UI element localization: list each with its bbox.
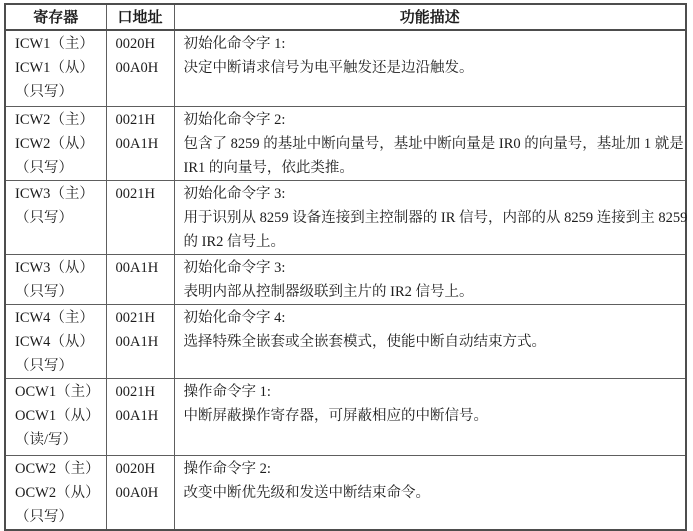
register-cell: ICW3（从） （只写）: [5, 254, 106, 304]
description-cell: 操作命令字 1: 中断屏蔽操作寄存器，可屏蔽相应的中断信号。: [174, 378, 686, 455]
description-line: 表明内部从控制器级联到主片的 IR2 信号上。: [184, 280, 680, 304]
description-line: 操作命令字 2:: [184, 457, 680, 481]
port-address-line: 0021H: [116, 306, 168, 330]
description-cell: 初始化命令字 3: 用于识别从 8259 设备连接到主控制器的 IR 信号，内部…: [174, 180, 686, 254]
register-cell: OCW1（主） OCW1（从） （读/写）: [5, 378, 106, 455]
description-line: 操作命令字 1:: [184, 380, 680, 404]
register-table: 寄存器 口地址 功能描述 ICW1（主） ICW1（从） （只写） 0020H …: [4, 3, 687, 531]
register-line: （只写）: [15, 156, 100, 180]
col-header-register: 寄存器: [5, 4, 106, 30]
register-line: ICW2（从）: [15, 132, 100, 156]
description-line: 中断屏蔽操作寄存器，可屏蔽相应的中断信号。: [184, 404, 680, 428]
col-header-function-description: 功能描述: [174, 4, 686, 30]
port-address-line: 0021H: [116, 108, 168, 132]
port-address-cell: 0020H 00A0H: [106, 30, 174, 106]
table-row-icw3-slave: ICW3（从） （只写） 00A1H 初始化命令字 3: 表明内部从控制器级联到…: [5, 254, 686, 304]
description-line: 包含了 8259 的基址中断向量号，基址中断向量是 IR0 的向量号，基址加 1…: [184, 132, 680, 156]
description-line: 改变中断优先级和发送中断结束命令。: [184, 481, 680, 505]
port-address-cell: 00A1H: [106, 254, 174, 304]
description-cell: 初始化命令字 3: 表明内部从控制器级联到主片的 IR2 信号上。: [174, 254, 686, 304]
description-line: 初始化命令字 3:: [184, 256, 680, 280]
register-line: ICW4（从）: [15, 330, 100, 354]
description-cell: 初始化命令字 1: 决定中断请求信号为电平触发还是边沿触发。: [174, 30, 686, 106]
table-row-icw4: ICW4（主） ICW4（从） （只写） 0021H 00A1H 初始化命令字 …: [5, 304, 686, 378]
port-address-line: 0021H: [116, 380, 168, 404]
description-line: 初始化命令字 3:: [184, 182, 680, 206]
port-address-line: 00A1H: [116, 330, 168, 354]
document-page: 寄存器 口地址 功能描述 ICW1（主） ICW1（从） （只写） 0020H …: [0, 0, 693, 524]
register-cell: ICW2（主） ICW2（从） （只写）: [5, 106, 106, 180]
description-cell: 操作命令字 2: 改变中断优先级和发送中断结束命令。: [174, 455, 686, 530]
register-line: ICW1（从）: [15, 56, 100, 80]
description-line: 决定中断请求信号为电平触发还是边沿触发。: [184, 56, 680, 80]
description-cell: 初始化命令字 4: 选择特殊全嵌套或全嵌套模式，使能中断自动结束方式。: [174, 304, 686, 378]
register-line: OCW1（主）: [15, 380, 100, 404]
register-line: ICW1（主）: [15, 32, 100, 56]
description-cell: 初始化命令字 2: 包含了 8259 的基址中断向量号，基址中断向量是 IR0 …: [174, 106, 686, 180]
description-line: 用于识别从 8259 设备连接到主控制器的 IR 信号，内部的从 8259 连接…: [184, 206, 680, 230]
port-address-line: 0020H: [116, 32, 168, 56]
register-line: （只写）: [15, 206, 100, 230]
register-line: OCW2（主）: [15, 457, 100, 481]
port-address-line: 0021H: [116, 182, 168, 206]
port-address-line: 00A1H: [116, 404, 168, 428]
table-row-icw3-master: ICW3（主） （只写） 0021H 初始化命令字 3: 用于识别从 8259 …: [5, 180, 686, 254]
col-header-port-address: 口地址: [106, 4, 174, 30]
register-line: OCW2（从）: [15, 481, 100, 505]
header-row: 寄存器 口地址 功能描述: [5, 4, 686, 30]
table-row-icw2: ICW2（主） ICW2（从） （只写） 0021H 00A1H 初始化命令字 …: [5, 106, 686, 180]
description-line: 初始化命令字 4:: [184, 306, 680, 330]
description-line: 初始化命令字 1:: [184, 32, 680, 56]
register-cell: ICW3（主） （只写）: [5, 180, 106, 254]
port-address-cell: 0021H 00A1H: [106, 304, 174, 378]
register-cell: ICW4（主） ICW4（从） （只写）: [5, 304, 106, 378]
register-line: （只写）: [15, 80, 100, 104]
port-address-line: 00A0H: [116, 56, 168, 80]
register-cell: ICW1（主） ICW1（从） （只写）: [5, 30, 106, 106]
port-address-line: 00A1H: [116, 132, 168, 156]
description-line: IR1 的向量号，依此类推。: [184, 156, 680, 180]
register-line: （只写）: [15, 354, 100, 378]
register-line: （只写）: [15, 505, 100, 529]
description-line: 的 IR2 信号上。: [184, 230, 680, 254]
register-line: ICW3（从）: [15, 256, 100, 280]
port-address-cell: 0021H: [106, 180, 174, 254]
port-address-line: 00A1H: [116, 256, 168, 280]
register-line: ICW4（主）: [15, 306, 100, 330]
register-cell: OCW2（主） OCW2（从） （只写）: [5, 455, 106, 530]
description-line: 初始化命令字 2:: [184, 108, 680, 132]
table-row-ocw2: OCW2（主） OCW2（从） （只写） 0020H 00A0H 操作命令字 2…: [5, 455, 686, 530]
port-address-cell: 0021H 00A1H: [106, 106, 174, 180]
description-line: 选择特殊全嵌套或全嵌套模式，使能中断自动结束方式。: [184, 330, 680, 354]
table-row-ocw1: OCW1（主） OCW1（从） （读/写） 0021H 00A1H 操作命令字 …: [5, 378, 686, 455]
port-address-cell: 0020H 00A0H: [106, 455, 174, 530]
register-line: ICW3（主）: [15, 182, 100, 206]
register-line: ICW2（主）: [15, 108, 100, 132]
port-address-line: 0020H: [116, 457, 168, 481]
register-line: （读/写）: [15, 428, 100, 452]
port-address-line: 00A0H: [116, 481, 168, 505]
register-line: OCW1（从）: [15, 404, 100, 428]
table-row-icw1: ICW1（主） ICW1（从） （只写） 0020H 00A0H 初始化命令字 …: [5, 30, 686, 106]
register-line: （只写）: [15, 280, 100, 304]
port-address-cell: 0021H 00A1H: [106, 378, 174, 455]
